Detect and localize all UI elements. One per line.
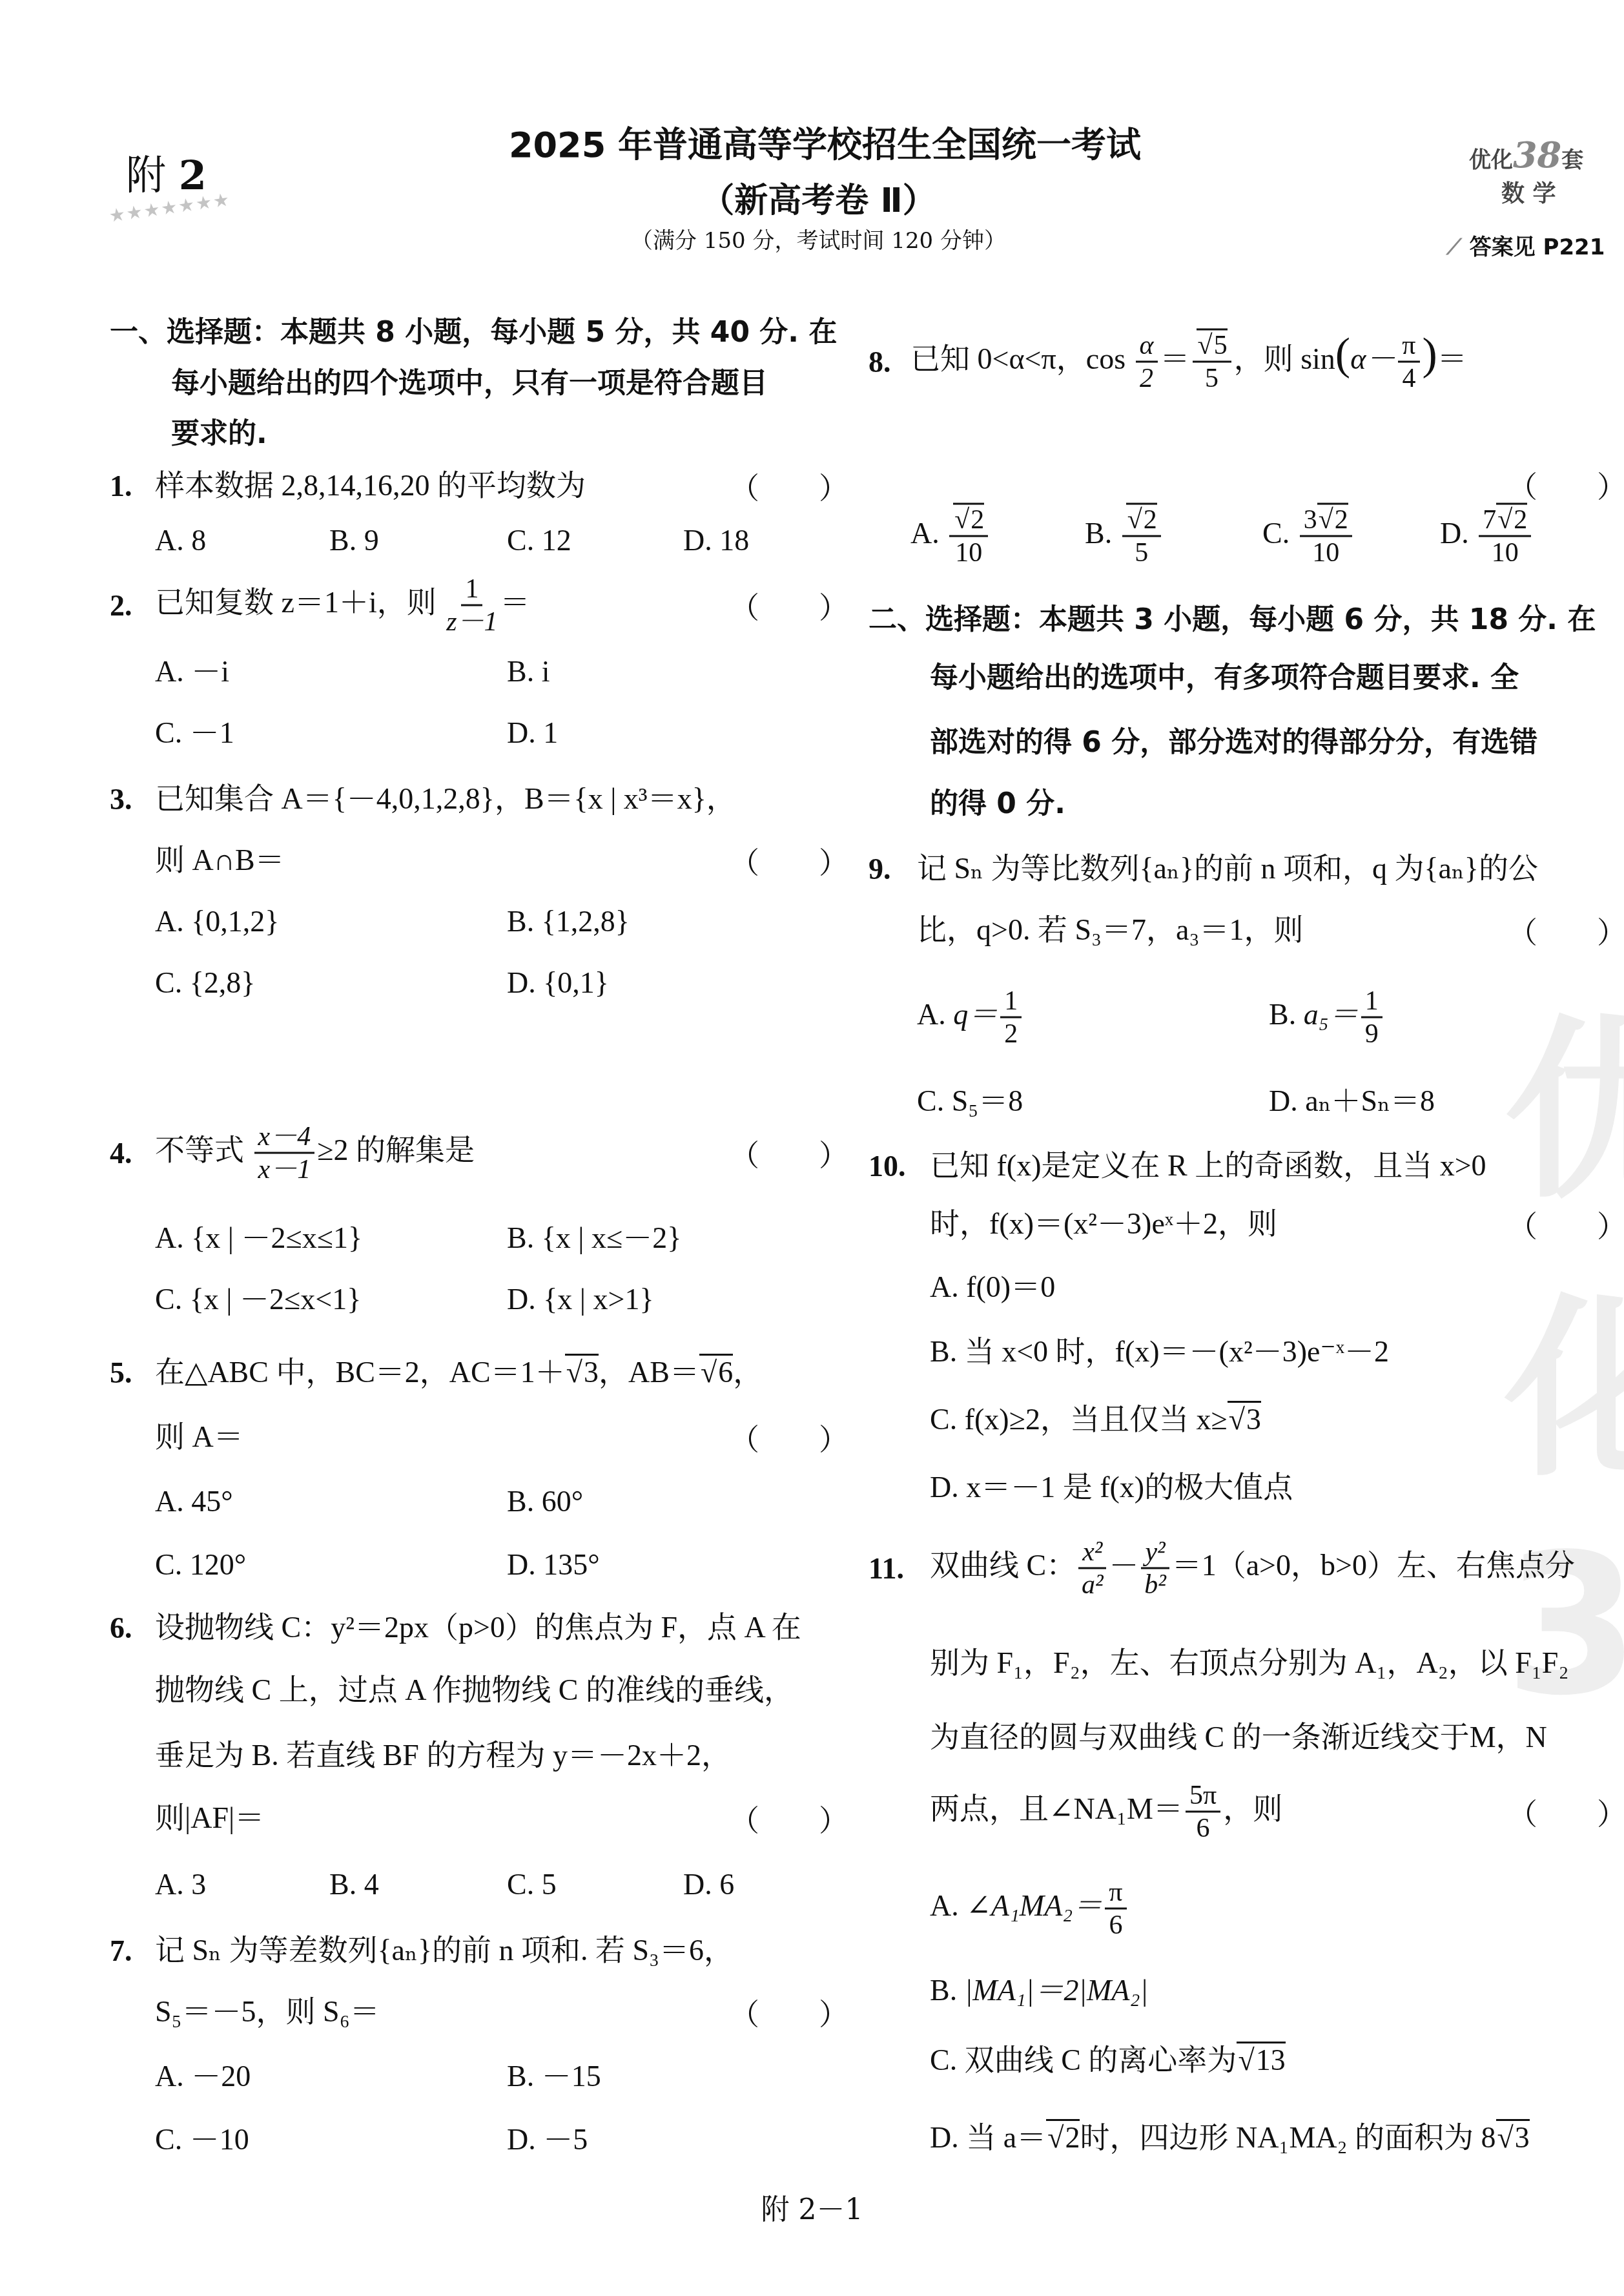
option-fraction: 7210 (1479, 504, 1531, 568)
section2-heading-line3: 部选对的得 6 分，部分选对的得部分分，有选错 (930, 723, 1537, 762)
question-4-answer-blank[interactable]: （ ） (730, 1132, 848, 1174)
fraction-denominator: x－1 (258, 1154, 311, 1185)
question-6-option-a[interactable]: A. 3 (155, 1865, 206, 1904)
question-8-option-d[interactable]: D. 7210 (1440, 504, 1534, 568)
question-11-option-d[interactable]: D. 当 a＝2时，四边形 NA₁MA₂ 的面积为 83 (930, 2118, 1530, 2157)
sqrt-6: 6 (699, 1354, 733, 1389)
question-5-answer-blank[interactable]: （ ） (730, 1416, 848, 1458)
fraction-denominator: 4 (1402, 363, 1415, 394)
question-6-line4: 则|AF|＝ (155, 1799, 264, 1837)
option-label: D. (1440, 517, 1469, 550)
option-label: A. (910, 517, 940, 550)
question-2-answer-blank[interactable]: （ ） (730, 584, 848, 626)
question-7-option-b[interactable]: B. －15 (507, 2057, 601, 2096)
option-fraction: 210 (949, 504, 988, 568)
option-expression: a₅＝ (1304, 998, 1359, 1031)
brand-text-1: 优化 (1469, 147, 1513, 173)
left-paren: ( (1335, 329, 1350, 379)
question-10-line2: 时，f(x)＝(x²－3)eˣ＋2，则 (930, 1205, 1277, 1243)
question-9-option-c[interactable]: C. S₅＝8 (917, 1082, 1023, 1121)
question-6-option-d[interactable]: D. 6 (683, 1865, 734, 1904)
fraction-x2-over-a2: x²a² (1078, 1536, 1106, 1600)
fraction-numerator: π (1105, 1877, 1126, 1910)
question-3-option-b[interactable]: B. {1,2,8} (507, 902, 630, 941)
question-1-option-d[interactable]: D. 18 (683, 521, 749, 560)
option-fraction: 12 (1000, 986, 1022, 1050)
question-7-option-c[interactable]: C. －10 (155, 2120, 249, 2159)
fraction-numerator: 1 (461, 574, 482, 606)
option-label: B. (1269, 998, 1296, 1031)
option-label: A. (930, 1889, 959, 1922)
brand-number: 38 (1513, 134, 1561, 176)
question-6-line3: 垂足为 B. 若直线 BF 的方程为 y＝－2x＋2， (155, 1736, 731, 1775)
question-9-number: 9. (869, 852, 891, 886)
option-fraction: 19 (1361, 986, 1382, 1050)
fraction-y2-over-b2: y²b² (1141, 1536, 1169, 1600)
question-3-option-a[interactable]: A. {0,1,2} (155, 902, 279, 941)
question-8-stem: 已知 0<α<π，cos (910, 342, 1125, 375)
equals: ＝ (1437, 342, 1467, 375)
fraction-numerator: 72 (1479, 504, 1531, 537)
question-3-line1: 已知集合 A＝{－4,0,1,2,8}，B＝{x | x³＝x}， (155, 780, 736, 818)
fraction-denominator: z－1 (446, 606, 497, 637)
sqrt-3: 3 (1496, 2119, 1530, 2154)
fraction-denominator: 10 (955, 537, 982, 568)
question-11-line3: 为直径的圆与双曲线 C 的一条渐近线交于M，N (930, 1718, 1547, 1757)
option-text-2: 时，四边形 NA₁MA₂ 的面积为 8 (1080, 2121, 1496, 2154)
question-1-option-a[interactable]: A. 8 (155, 521, 206, 560)
question-6-option-b[interactable]: B. 4 (329, 1865, 379, 1904)
section2-heading-line2: 每小题给出的选项中，有多项符合题目要求. 全 (930, 659, 1519, 698)
question-6-option-c[interactable]: C. 5 (507, 1865, 557, 1904)
option-label: D. (1269, 1084, 1298, 1117)
question-11-option-a[interactable]: A. ∠A₁MA₂＝π6 (930, 1877, 1129, 1941)
question-8-option-b[interactable]: B. 25 (1085, 504, 1164, 568)
question-5-line2: 则 A＝ (155, 1418, 243, 1456)
question-2-option-d[interactable]: D. 1 (507, 714, 558, 752)
question-10-option-b[interactable]: B. 当 x<0 时，f(x)＝－(x²－3)e⁻ˣ－2 (930, 1332, 1389, 1371)
question-8-sin: ，则 sin (1234, 342, 1335, 375)
fraction-denominator: 5 (1205, 363, 1218, 394)
fraction-denominator: b² (1144, 1569, 1166, 1600)
question-5-text-c: ， (733, 1356, 763, 1389)
fraction-alpha-over-2: α2 (1136, 330, 1158, 394)
question-8-option-a[interactable]: A. 210 (910, 504, 991, 568)
question-10-option-d[interactable]: D. x＝－1 是 f(x)的极大值点 (930, 1468, 1293, 1507)
sqrt-2: 2 (1046, 2119, 1080, 2154)
section1-heading-line3: 要求的. (171, 415, 267, 453)
question-9-line2: 比，q>0. 若 S₃＝7，a₃＝1，则 (917, 911, 1304, 949)
question-5-option-d[interactable]: D. 135° (507, 1546, 600, 1584)
question-1-answer-blank[interactable]: （ ） (730, 464, 848, 507)
question-3-option-d[interactable]: D. {0,1} (507, 964, 609, 1002)
alpha-minus: α－ (1350, 342, 1395, 375)
fraction-5pi-over-6: 5π6 (1186, 1780, 1220, 1844)
question-5-option-a[interactable]: A. 45° (155, 1482, 233, 1521)
question-10-number: 10. (869, 1149, 906, 1183)
question-2-equals: ＝ (500, 586, 530, 619)
question-4-option-d[interactable]: D. {x | x>1} (507, 1280, 654, 1319)
sqrt-3: 3 (565, 1354, 599, 1389)
section1-heading-line1: 一、选择题：本题共 8 小题，每小题 5 分，共 40 分. 在 (110, 313, 837, 352)
question-5-line1: 在△ABC 中，BC＝2，AC＝1＋3，AB＝6， (155, 1353, 763, 1392)
question-2-fraction: 1 z－1 (446, 574, 497, 637)
question-4-fraction: x－4 x－1 (254, 1121, 315, 1185)
fraction-denominator: a² (1082, 1569, 1104, 1600)
question-4-option-b[interactable]: B. {x | x≤－2} (507, 1219, 681, 1257)
question-2-option-a[interactable]: A. －i (155, 652, 229, 691)
option-label: A. (917, 998, 946, 1031)
fraction-sqrt5-over-5: 55 (1193, 330, 1231, 394)
question-11-option-c[interactable]: C. 双曲线 C 的离心率为13 (930, 2041, 1286, 2080)
fraction-denominator: 5 (1135, 537, 1148, 568)
exam-subtitle: （新高考卷 Ⅱ） (0, 173, 1624, 222)
fraction-numerator: 2 (1122, 504, 1161, 537)
fraction-numerator: x－4 (254, 1121, 315, 1154)
sqrt-2: 2 (1496, 503, 1527, 535)
question-11-option-b[interactable]: B. |MA₁|＝2|MA₂| (930, 1971, 1148, 2010)
question-10-line1: 已知 f(x)是定义在 R 上的奇函数，且当 x>0 (930, 1146, 1486, 1185)
coefficient: 7 (1483, 505, 1496, 535)
question-4-option-a[interactable]: A. {x | －2≤x≤1} (155, 1219, 362, 1257)
question-11-stem-tail: ＝1（a>0，b>0）左、右焦点分 (1172, 1549, 1575, 1582)
question-9-option-a[interactable]: A. q＝12 (917, 986, 1024, 1050)
answer-reference-text: 答案见 P221 (1470, 234, 1605, 260)
question-1-option-c[interactable]: C. 12 (507, 521, 571, 560)
answer-arrow-icon: ⟋ (1446, 234, 1462, 260)
question-11-line1: 双曲线 C：x²a²－y²b²＝1（a>0，b>0）左、右焦点分 (930, 1536, 1575, 1600)
fraction-numerator: 1 (1000, 986, 1022, 1019)
option-label: D. (930, 2121, 959, 2154)
equals: ＝ (1160, 342, 1190, 375)
section2-heading-line4: 的得 0 分. (930, 785, 1065, 823)
question-8-option-c[interactable]: C. 3210 (1262, 504, 1355, 568)
fraction-denominator: 10 (1492, 537, 1519, 568)
sqrt-13: 13 (1237, 2042, 1285, 2076)
question-11-angle: 两点，且∠NA₁M＝ (930, 1792, 1183, 1825)
section2-heading-line1: 二、选择题：本题共 3 小题，每小题 6 分，共 18 分. 在 (869, 601, 1596, 639)
question-2-option-b[interactable]: B. i (507, 652, 550, 691)
option-label: B. (930, 1974, 957, 2007)
question-7-line2: S₅＝－5，则 S₆＝ (155, 1992, 380, 2031)
question-6-number: 6. (110, 1611, 132, 1645)
question-4-option-c[interactable]: C. {x | －2≤x<1} (155, 1280, 361, 1319)
sqrt-2: 2 (1126, 503, 1157, 535)
question-8-text: 已知 0<α<π，cos α2＝55，则 sin(α－π4)＝ (910, 330, 1467, 394)
question-11-line2: 别为 F₁，F₂，左、右顶点分别为 A₁，A₂，以 F₁F₂ (930, 1644, 1569, 1682)
question-1-text: 样本数据 2,8,14,16,20 的平均数为 (155, 466, 586, 505)
option-text: 双曲线 C 的离心率为 (965, 2043, 1237, 2076)
coefficient: 3 (1304, 505, 1317, 535)
sqrt-5: 5 (1197, 329, 1228, 360)
exam-info: （满分 150 分，考试时间 120 分钟） (0, 223, 1624, 254)
question-10-option-c[interactable]: C. f(x)≥2，当且仅当 x≥3 (930, 1400, 1261, 1439)
option-fraction: π6 (1105, 1877, 1126, 1941)
question-3-option-c[interactable]: C. {2,8} (155, 964, 255, 1002)
question-6-answer-blank[interactable]: （ ） (730, 1797, 848, 1839)
question-7-answer-blank[interactable]: （ ） (730, 1991, 848, 2033)
question-5-number: 5. (110, 1356, 132, 1390)
question-2-stem: 已知复数 z＝1＋i，则 (155, 586, 437, 619)
option-label: C. (1262, 517, 1290, 550)
answer-reference: ⟋ 答案见 P221 (1446, 229, 1605, 261)
page-number: 附 2－1 (0, 2186, 1624, 2228)
option-expression: q＝ (953, 998, 998, 1031)
fraction-denominator: 6 (1197, 1813, 1210, 1844)
question-6-line2: 抛物线 C 上，过点 A 作抛物线 C 的准线的垂线， (155, 1671, 794, 1710)
option-text: S₅＝8 (952, 1084, 1023, 1117)
option-text: C. f(x)≥2，当且仅当 x≥ (930, 1403, 1228, 1436)
question-10-answer-blank[interactable]: （ ） (1508, 1203, 1624, 1245)
question-6-line1: 设抛物线 C：y²＝2px（p>0）的焦点为 F，点 A 在 (155, 1608, 801, 1647)
minus: － (1109, 1549, 1138, 1582)
question-4-stem-tail: ≥2 的解集是 (317, 1133, 475, 1166)
right-paren: ) (1423, 329, 1437, 379)
question-7-option-d[interactable]: D. －5 (507, 2120, 588, 2159)
option-label: B. (1085, 517, 1112, 550)
fraction-numerator: x² (1078, 1536, 1106, 1569)
fraction-numerator: 5 (1193, 330, 1231, 363)
brand-text-2: 套 (1561, 147, 1583, 173)
option-label: C. (917, 1084, 944, 1117)
fraction-numerator: 32 (1300, 504, 1352, 537)
question-11-answer-blank[interactable]: （ ） (1508, 1790, 1624, 1833)
fraction-denominator: 2 (1004, 1019, 1018, 1050)
question-11-number: 11. (869, 1551, 904, 1586)
question-7-option-a[interactable]: A. －20 (155, 2057, 251, 2096)
brand-subject: 数 学 (1501, 176, 1556, 209)
option-expression: ∠A₁MA₂＝ (966, 1889, 1102, 1922)
fraction-denominator: 2 (1140, 363, 1153, 394)
fraction-denominator: 6 (1109, 1910, 1122, 1941)
question-4-text: 不等式 x－4 x－1 ≥2 的解集是 (155, 1121, 475, 1185)
question-7-line1: 记 Sₙ 为等差数列{aₙ}的前 n 项和. 若 S₃＝6， (155, 1931, 734, 1970)
question-7-number: 7. (110, 1934, 132, 1968)
option-fraction: 3210 (1300, 504, 1352, 568)
question-3-number: 3. (110, 782, 132, 816)
fraction-numerator: 5π (1186, 1780, 1220, 1813)
exam-title: 2025 年普通高等学校招生全国统一考试 (0, 118, 1624, 167)
option-text: aₙ＋Sₙ＝8 (1305, 1084, 1435, 1117)
question-5-option-c[interactable]: C. 120° (155, 1546, 246, 1584)
question-4-stem: 不等式 (155, 1133, 244, 1166)
option-label: C. (930, 2043, 957, 2076)
question-5-text-a: 在△ABC 中，BC＝2，AC＝1＋ (155, 1356, 565, 1389)
fraction-denominator: 10 (1312, 537, 1339, 568)
section1-heading-line2: 每小题给出的四个选项中，只有一项是符合题目 (171, 364, 768, 403)
question-9-answer-blank[interactable]: （ ） (1508, 909, 1624, 951)
fraction-numerator: 1 (1361, 986, 1382, 1019)
question-2-number: 2. (110, 588, 132, 623)
question-4-number: 4. (110, 1136, 132, 1170)
question-2-text: 已知复数 z＝1＋i，则 1 z－1 ＝ (155, 574, 530, 637)
option-text: 当 a＝ (966, 2121, 1046, 2154)
question-3-line2: 则 A∩B＝ (155, 841, 285, 880)
question-3-answer-blank[interactable]: （ ） (730, 839, 848, 882)
question-9-option-d[interactable]: D. aₙ＋Sₙ＝8 (1269, 1082, 1435, 1121)
question-11-then: ，则 (1223, 1792, 1282, 1825)
question-1-number: 1. (110, 469, 132, 503)
sqrt-3: 3 (1228, 1401, 1261, 1436)
question-9-option-b[interactable]: B. a₅＝19 (1269, 986, 1385, 1050)
option-fraction: 25 (1122, 504, 1161, 568)
question-2-option-c[interactable]: C. －1 (155, 714, 234, 752)
question-5-option-b[interactable]: B. 60° (507, 1482, 583, 1521)
fraction-numerator: 2 (949, 504, 988, 537)
sqrt-2: 2 (953, 503, 984, 535)
brand-watermark: 优化3 (1505, 956, 1624, 1738)
fraction-numerator: α (1136, 330, 1158, 363)
question-8-answer-blank[interactable]: （ ） (1508, 463, 1624, 506)
fraction-numerator: π (1398, 330, 1419, 363)
sqrt-2: 2 (1317, 503, 1348, 535)
fraction-pi-over-4: π4 (1398, 330, 1419, 394)
question-1-option-b[interactable]: B. 9 (329, 521, 379, 560)
question-9-line1: 记 Sₙ 为等比数列{aₙ}的前 n 项和，q 为{aₙ}的公 (917, 849, 1538, 888)
option-text: |MA₁|＝2|MA₂| (965, 1974, 1148, 2007)
fraction-denominator: 9 (1365, 1019, 1379, 1050)
fraction-numerator: y² (1141, 1536, 1169, 1569)
question-5-text-b: ，AB＝ (599, 1356, 699, 1389)
question-10-option-a[interactable]: A. f(0)＝0 (930, 1268, 1055, 1307)
question-11-stem: 双曲线 C： (930, 1549, 1076, 1582)
question-8-number: 8. (869, 345, 891, 379)
question-11-line4: 两点，且∠NA₁M＝5π6，则 (930, 1780, 1282, 1844)
brand-logo: 优化38套 (1469, 134, 1583, 176)
